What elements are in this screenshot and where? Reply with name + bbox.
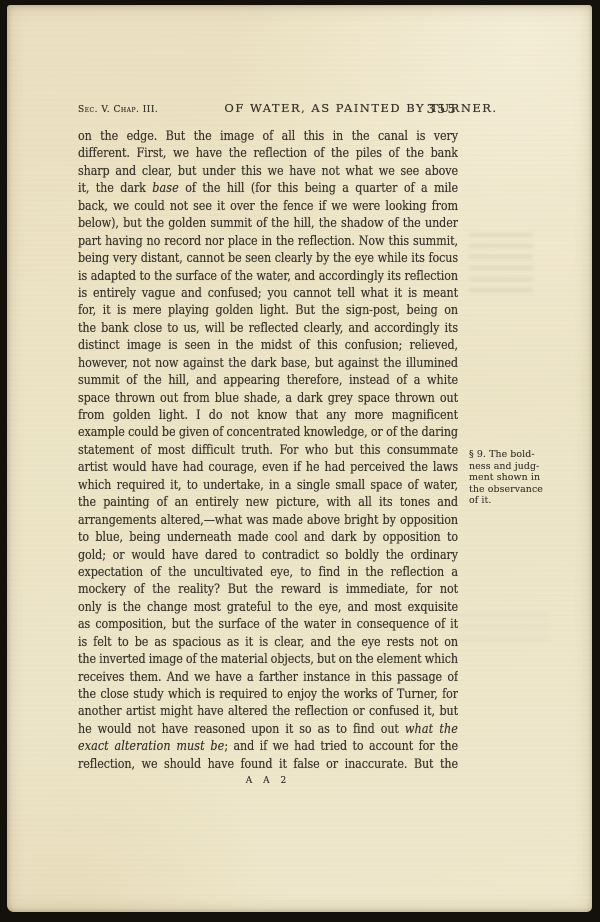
body-text-line: is adapted to the surface of the water, …: [78, 268, 458, 285]
body-text-line: to blue, being underneath made cool and …: [78, 529, 458, 546]
body-text-line: part having no record nor place in the r…: [78, 233, 458, 250]
body-text-line: mockery of the reality? But the reward i…: [78, 581, 458, 598]
body-text-line: on the edge. But the image of all this i…: [78, 128, 458, 145]
body-text: on the edge. But the image of all this i…: [78, 128, 458, 773]
header-page-number: 355: [427, 101, 458, 116]
body-text-line: the inverted image of the material objec…: [78, 651, 458, 668]
body-text-line: example could be given of concentrated k…: [78, 424, 458, 441]
body-text-line: back, we could not see it over the fence…: [78, 198, 458, 215]
body-text-line: gold; or would have dared to contradict …: [78, 547, 458, 564]
margin-note-line: ment shown in: [469, 472, 561, 484]
body-text-line: arrangements altered,—what was made abov…: [78, 512, 458, 529]
body-text-line: another artist might have altered the re…: [78, 703, 458, 720]
body-text-line: is felt to be as spacious as it is clear…: [78, 634, 458, 651]
scan-border: Sec. V. Chap. III. OF WATER, AS PAINTED …: [0, 0, 600, 922]
body-text-line: the close study which is required to enj…: [78, 686, 458, 703]
body-text-line: the bank close to us, will be reflected …: [78, 320, 458, 337]
body-text-line: statement of most difficult truth. For w…: [78, 442, 458, 459]
body-text-line: summit of the hill, and appearing theref…: [78, 372, 458, 389]
body-text-line: the painting of an entirely new picture,…: [78, 494, 458, 511]
showthrough-artifact: [469, 233, 533, 293]
margin-note-line: of it.: [469, 495, 561, 507]
body-text-line: he would not have reasoned upon it so as…: [78, 721, 458, 738]
book-page: Sec. V. Chap. III. OF WATER, AS PAINTED …: [7, 5, 592, 912]
body-text-line: is entirely vague and confused; you cann…: [78, 285, 458, 302]
margin-note-line: § 9. The bold-: [469, 449, 561, 461]
body-text-line: it, the dark base of the hill (for this …: [78, 180, 458, 197]
body-text-line: artist would have had courage, even if h…: [78, 459, 458, 476]
body-text-line: below), but the golden summit of the hil…: [78, 215, 458, 232]
body-text-line: space thrown out from blue shade, a dark…: [78, 390, 458, 407]
page-header: Sec. V. Chap. III. OF WATER, AS PAINTED …: [78, 101, 458, 117]
body-text-line: only is the change most grateful to the …: [78, 599, 458, 616]
margin-note-line: ness and judg-: [469, 461, 561, 473]
header-section-label: Sec. V. Chap. III.: [78, 105, 158, 115]
body-text-line: receives them. And we have a farther ins…: [78, 669, 458, 686]
body-text-line: which required it, to undertake, in a si…: [78, 477, 458, 494]
body-text-line: from golden light. I do not know that an…: [78, 407, 458, 424]
body-text-line: exact alteration must be; and if we had …: [78, 738, 458, 755]
body-text-line: as composition, but the surface of the w…: [78, 616, 458, 633]
body-text-line: however, not now against the dark base, …: [78, 355, 458, 372]
body-text-line: distinct image is seen in the midst of t…: [78, 337, 458, 354]
body-text-line: for, it is mere playing golden light. Bu…: [78, 302, 458, 319]
body-text-line: expectation of the uncultivated eye, to …: [78, 564, 458, 581]
body-text-line: reflection, we should have found it fals…: [78, 756, 458, 773]
body-text-line: sharp and clear, but under this we have …: [78, 163, 458, 180]
showthrough-artifact: [455, 613, 550, 641]
margin-note: § 9. The bold-ness and judg-ment shown i…: [469, 449, 561, 507]
body-text-line: different. First, we have the reflection…: [78, 145, 458, 162]
margin-note-line: the observance: [469, 484, 561, 496]
body-text-line: being very distant, cannot be seen clear…: [78, 250, 458, 267]
signature-mark: A A 2: [246, 776, 290, 786]
